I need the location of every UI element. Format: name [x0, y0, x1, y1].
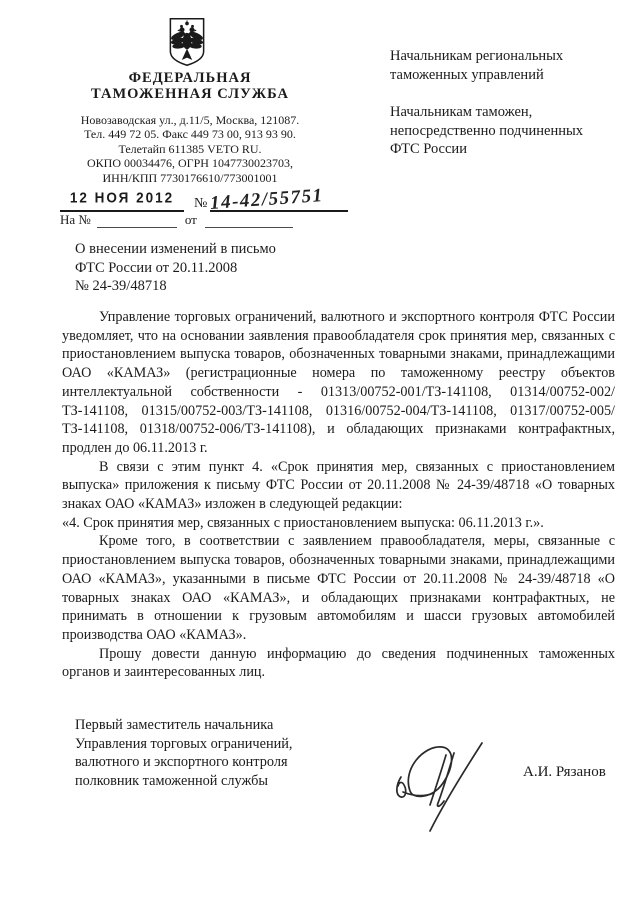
body-paragraph: «4. Срок принятия мер, связанных с приос… — [62, 514, 615, 533]
addressee-block: Начальникам региональных таможенных упра… — [390, 47, 605, 159]
addressee-line: ФТС России — [390, 140, 605, 159]
subject-line: О внесении изменений в письмо — [75, 240, 375, 259]
signer-title-line: Управления торговых ограничений, — [75, 735, 292, 754]
number-field-line: 14-42/55751 — [210, 188, 348, 212]
addressee-line: Начальникам региональных — [390, 47, 605, 66]
body-paragraph: В связи с этим пункт 4. «Срок принятия м… — [62, 458, 615, 514]
body-paragraph: Кроме того, в соответствии с заявлением … — [62, 532, 615, 644]
addressee-line: непосредственно подчиненных — [390, 122, 605, 141]
requisites-line: Тел. 449 72 05. Факс 449 73 00, 913 93 9… — [45, 127, 335, 141]
ref-number-blank-line — [97, 216, 177, 228]
requisites-line: ИНН/КПП 7730176610/773001001 — [45, 171, 335, 185]
date-stamp: 12 НОЯ 2012 — [70, 189, 174, 206]
requisites-line: ОКПО 00034476, ОГРН 1047730023703, — [45, 156, 335, 170]
date-and-number-row: 12 НОЯ 2012№14-42/55751 — [60, 188, 350, 212]
addressee-1: Начальникам региональных таможенных упра… — [390, 47, 605, 84]
org-requisites: Новозаводская ул., д.11/5, Москва, 12108… — [45, 113, 335, 185]
scanned-letter-page: ФЕДЕРАЛЬНАЯ ТАМОЖЕННАЯ СЛУЖБА Новозаводс… — [0, 0, 640, 900]
body-paragraph: Управление торговых ограничений, валютно… — [62, 308, 615, 458]
body-paragraph: Прошу довести данную информацию до сведе… — [62, 645, 615, 682]
requisites-line: Телетайп 611385 VETO RU. — [45, 142, 335, 156]
date-field-line: 12 НОЯ 2012 — [60, 189, 184, 212]
ref-number-label: На № — [60, 212, 91, 227]
org-name-line1: ФЕДЕРАЛЬНАЯ — [50, 71, 330, 87]
subject-line: № 24-39/48718 — [75, 277, 375, 296]
addressee-line: Начальникам таможен, — [390, 103, 605, 122]
coat-of-arms-icon — [168, 17, 206, 67]
org-name-line2: ТАМОЖЕННАЯ СЛУЖБА — [50, 87, 330, 103]
subject-line: ФТС России от 20.11.2008 — [75, 259, 375, 278]
reference-row: На №от — [60, 212, 293, 228]
signer-title: Первый заместитель начальника Управления… — [75, 716, 292, 790]
letter-subject: О внесении изменений в письмо ФТС России… — [75, 240, 375, 296]
ref-date-blank-line — [205, 216, 293, 228]
requisites-line: Новозаводская ул., д.11/5, Москва, 12108… — [45, 113, 335, 127]
addressee-2: Начальникам таможен, непосредственно под… — [390, 103, 605, 159]
outgoing-number-handwritten: 14-42/55751 — [210, 185, 325, 215]
signature-icon — [394, 741, 494, 836]
signer-title-line: Первый заместитель начальника — [75, 716, 292, 735]
letter-body: Управление торговых ограничений, валютно… — [62, 308, 615, 682]
org-name: ФЕДЕРАЛЬНАЯ ТАМОЖЕННАЯ СЛУЖБА — [50, 71, 330, 102]
number-label: № — [194, 196, 207, 211]
signer-title-line: полковник таможенной службы — [75, 772, 292, 791]
signer-name: А.И. Рязанов — [523, 764, 606, 781]
ref-date-label: от — [185, 212, 197, 227]
addressee-line: таможенных управлений — [390, 66, 605, 85]
signer-title-line: валютного и экспортного контроля — [75, 753, 292, 772]
